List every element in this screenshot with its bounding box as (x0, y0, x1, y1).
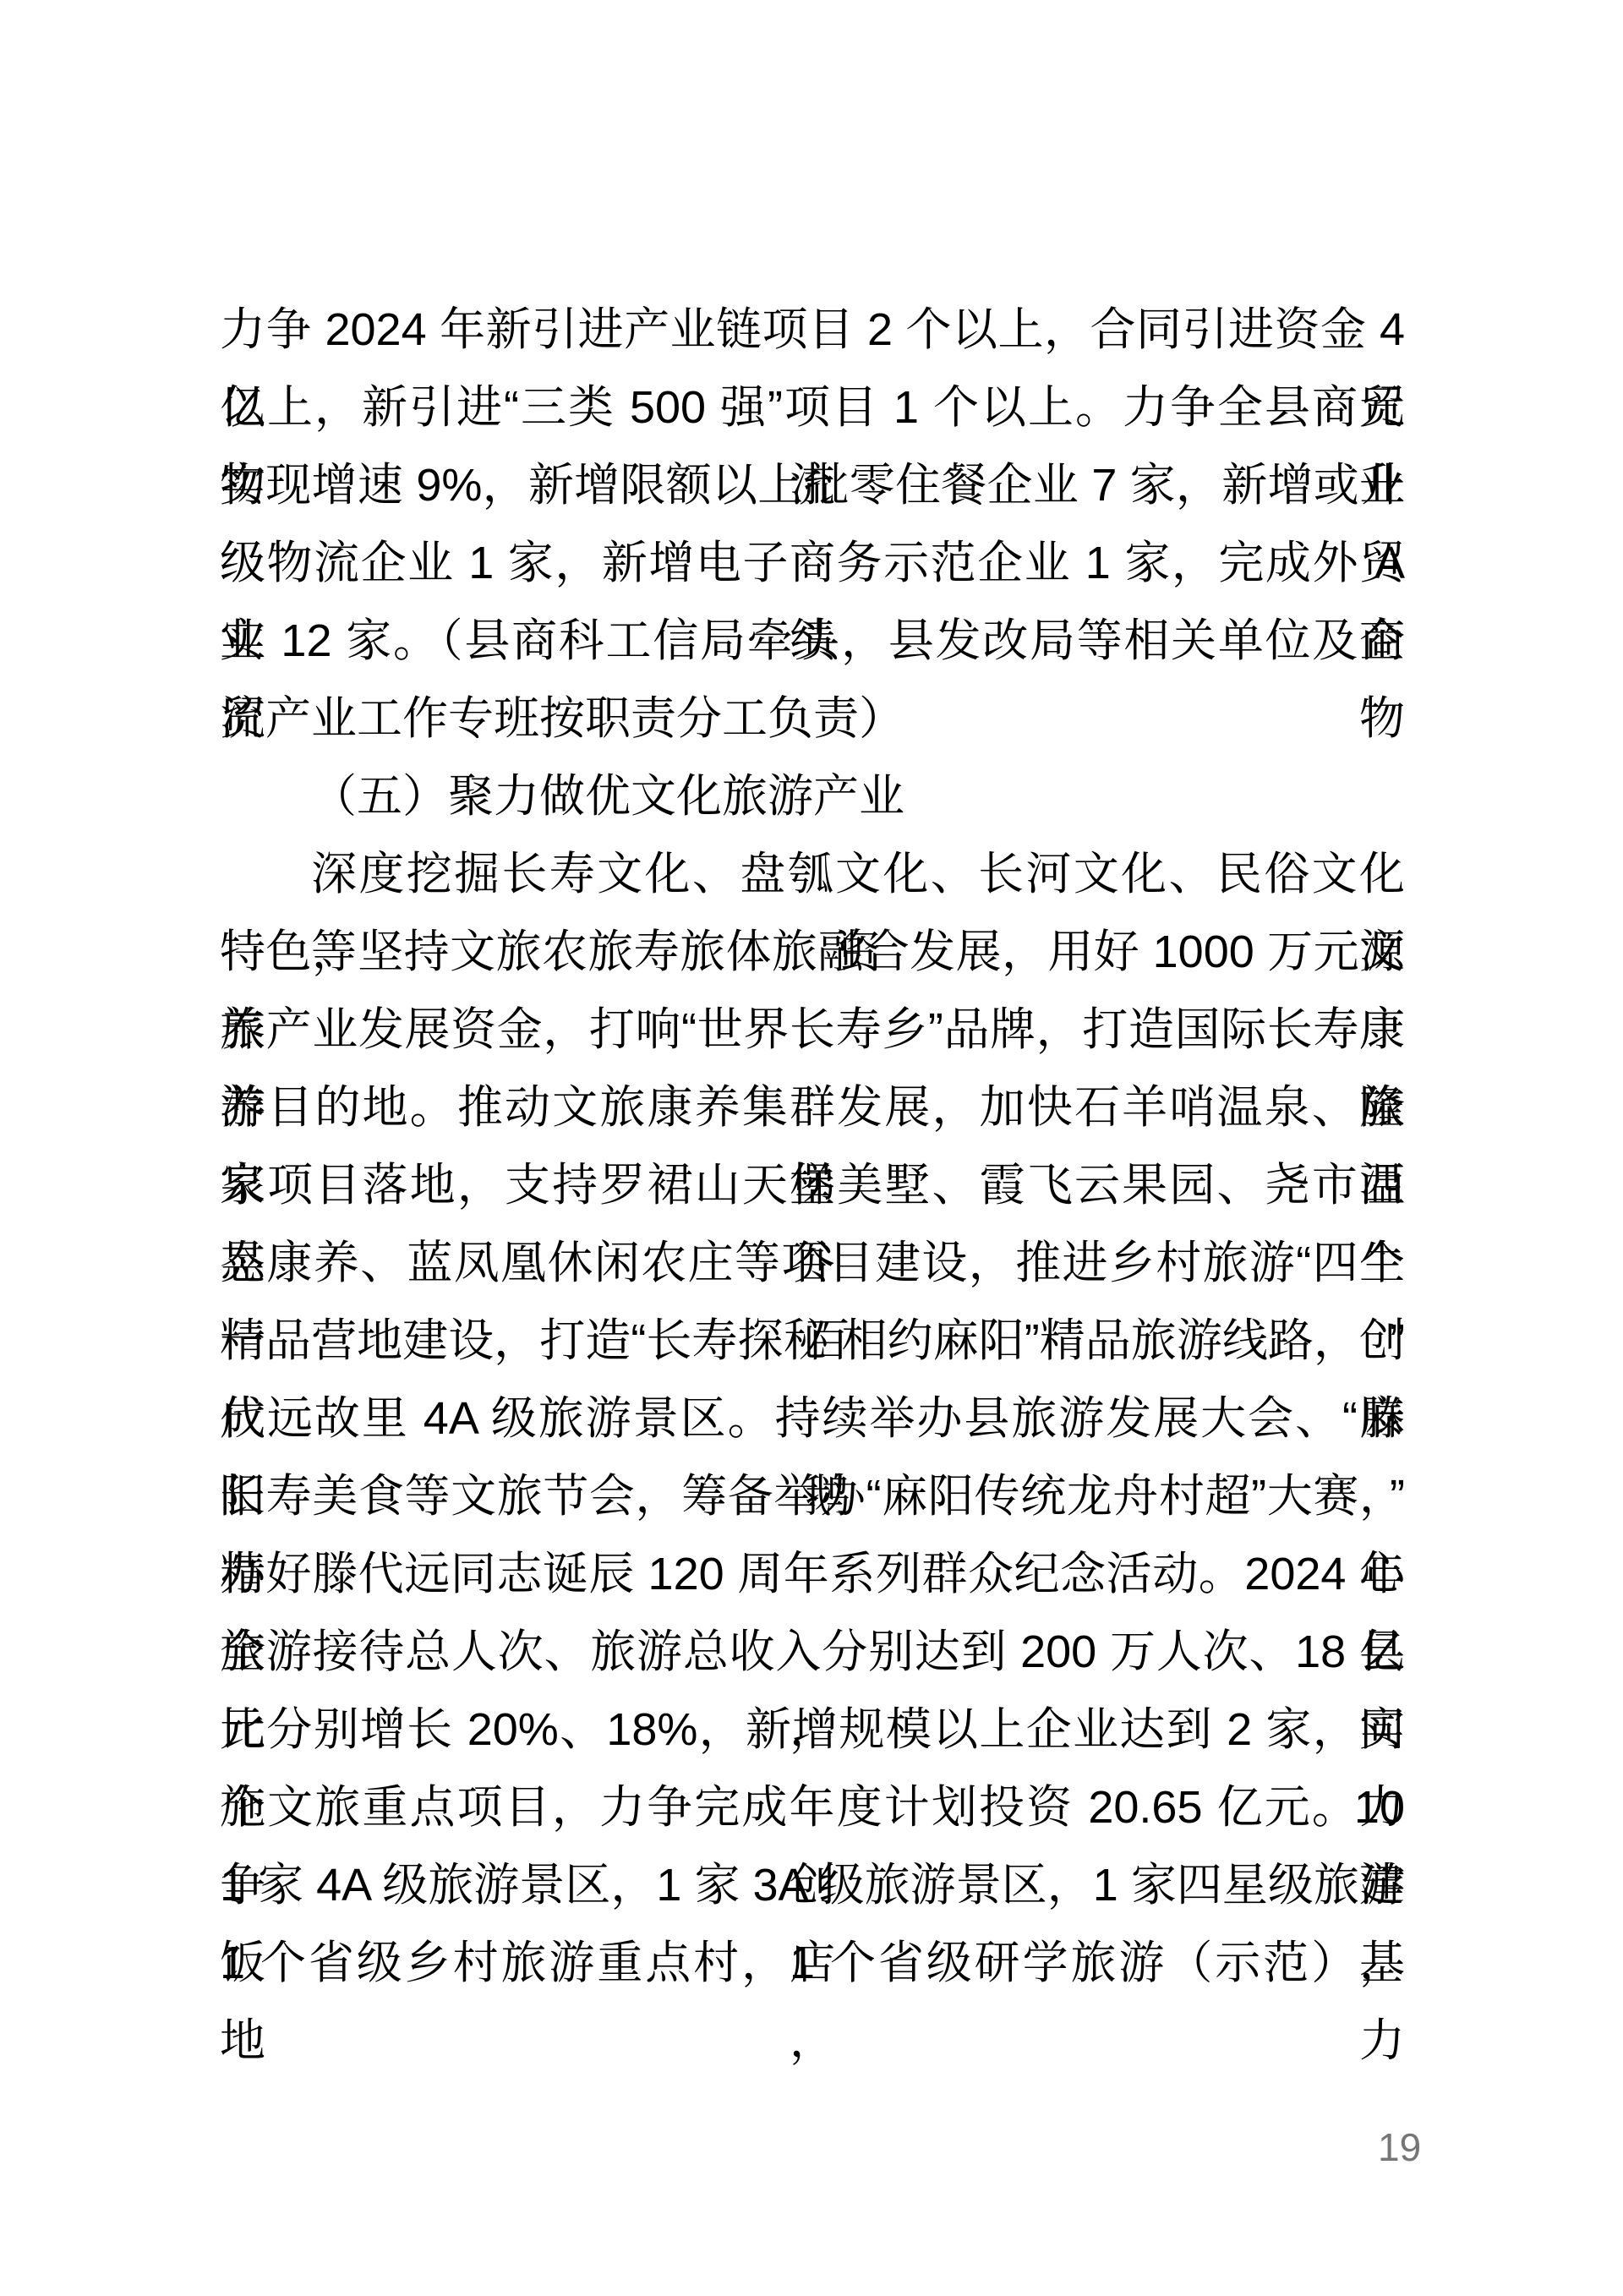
text-line: 1 家 4A 级旅游景区，1 家 3A 级旅游景区，1 家四星级旅游饭店， (220, 1846, 1405, 1924)
text-line: 态康养、蓝凤凰休闲农庄等项目建设，推进乡村旅游“四个一百” (220, 1224, 1405, 1302)
text-line: 级物流企业 1 家，新增电子商务示范企业 1 家，完成外贸实绩企 (220, 524, 1405, 602)
text-line: 实现增速 9%，新增限额以上批零住餐企业 7 家，新增或升级 A (220, 446, 1405, 524)
text-line: 1 个省级乡村旅游重点村，1 个省级研学旅游（示范）基地，力 (220, 1924, 1405, 2002)
text-line: 办好滕代远同志诞辰 120 周年系列群众纪念活动。2024 年全县 (220, 1535, 1405, 1613)
text-line: 长寿美食等文旅节会，筹备举办“麻阳传统龙舟村超”大赛，精心 (220, 1457, 1405, 1535)
text-line: 业 12 家。（县商科工信局牵头，县发改局等相关单位及商贸物 (220, 602, 1405, 680)
text-line: 力争 2024 年新引进产业链项目 2 个以上，合同引进资金 4 亿元 (220, 291, 1405, 369)
text-line: 游目的地。推动文旅康养集群发展，加快石羊哨温泉、隆家堡温 (220, 1069, 1405, 1146)
text-line: 泉项目落地，支持罗裙山天梯美墅、霞飞云果园、尧市西晃谷生 (220, 1146, 1405, 1224)
text-line: 以上，新引进“三类 500 强”项目 1 个以上。力争全县商贸物流业 (220, 369, 1405, 446)
text-line: 比分别增长 20%、18%，新增规模以上企业达到 2 家，实施 10 (220, 1691, 1405, 1768)
text-line: 个文旅重点项目，力争完成年度计划投资 20.65 亿元。力争创建 (220, 1768, 1405, 1846)
text-line: 代远故里 4A 级旅游景区。持续举办县旅游发展大会、“麻阳鹅” (220, 1380, 1405, 1457)
text-line: 精品营地建设，打造“长寿探秘 相约麻阳”精品旅游线路，创成滕 (220, 1302, 1405, 1380)
text-line: 特色，坚持文旅农旅寿旅体旅融合发展，用好 1000 万元文旅康 (220, 913, 1405, 991)
text-line: 深度挖掘长寿文化、盘瓠文化、长河文化、民俗文化等资源 (220, 835, 1405, 913)
text-line: 旅游接待总人次、旅游总收入分别达到 200 万人次、18 亿元，同 (220, 1613, 1405, 1691)
text-block: 力争 2024 年新引进产业链项目 2 个以上，合同引进资金 4 亿元以上，新引… (220, 291, 1405, 2002)
text-line: 养产业发展资金，打响“世界长寿乡”品牌，打造国际长寿康养旅 (220, 991, 1405, 1069)
page-number: 19 (1378, 2124, 1445, 2171)
section-heading: （五）聚力做优文化旅游产业 (220, 757, 1405, 835)
document-page: 力争 2024 年新引进产业链项目 2 个以上，合同引进资金 4 亿元以上，新引… (0, 0, 1623, 2296)
